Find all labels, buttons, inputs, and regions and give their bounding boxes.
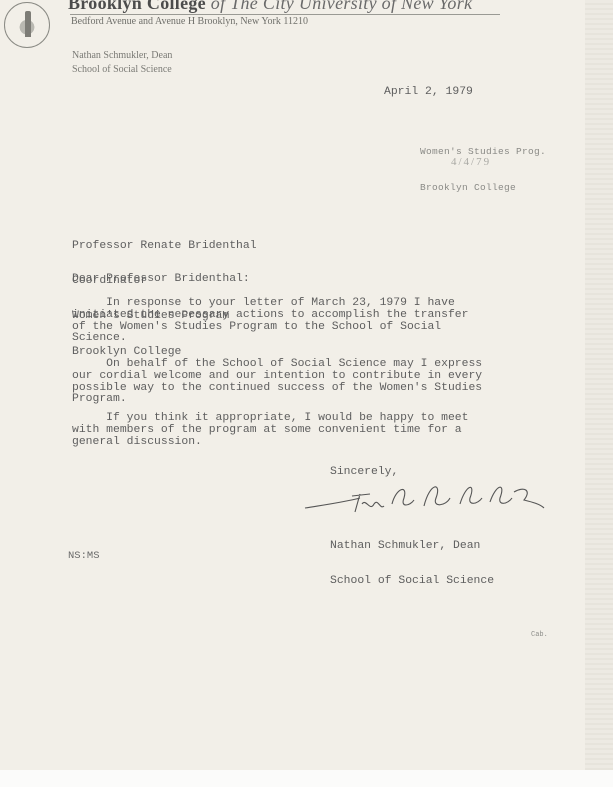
tower-icon: [25, 11, 31, 37]
institution-suffix: of The City University of New York: [211, 0, 473, 13]
letterhead-title: Brooklyn College of The City University …: [68, 0, 472, 14]
salutation: Dear Professor Bridenthal:: [72, 274, 250, 286]
letterhead-address: Bedford Avenue and Avenue H Brooklyn, Ne…: [71, 16, 308, 27]
signer-name-title: Nathan Schmukler, Dean: [330, 541, 494, 553]
college-seal-icon: [4, 2, 50, 48]
body-paragraph-1: In response to your letter of March 23, …: [72, 298, 468, 345]
scan-bottom-margin: [0, 770, 613, 787]
body-paragraph-3: If you think it appropriate, I would be …: [72, 413, 468, 448]
sender-name-title: Nathan Schmukler, Dean: [72, 49, 172, 63]
stamp-line-2: Brooklyn College: [420, 182, 546, 194]
signer-department: School of Social Science: [330, 576, 494, 588]
institution-name: Brooklyn College: [68, 0, 206, 13]
handwritten-signature-icon: [300, 468, 550, 518]
received-stamp: Women's Studies Prog. Brooklyn College: [420, 122, 546, 218]
letterhead-sender: Nathan Schmukler, Dean School of Social …: [72, 49, 172, 77]
signer-block: Nathan Schmukler, Dean School of Social …: [330, 517, 494, 611]
reference-initials: NS:MS: [68, 551, 100, 563]
stamp-handwritten-date: 4/4/79: [451, 156, 491, 168]
page-mark: Cab.: [531, 631, 548, 639]
letter-page: Brooklyn College of The City University …: [0, 0, 613, 770]
letter-date: April 2, 1979: [384, 87, 473, 99]
scan-edge: [585, 0, 613, 770]
recipient-name: Professor Renate Bridenthal: [72, 241, 257, 253]
letterhead-rule: [70, 14, 500, 15]
body-paragraph-2: On behalf of the School of Social Scienc…: [72, 359, 482, 406]
sender-department: School of Social Science: [72, 63, 172, 77]
recipient-institution: Brooklyn College: [72, 347, 257, 359]
